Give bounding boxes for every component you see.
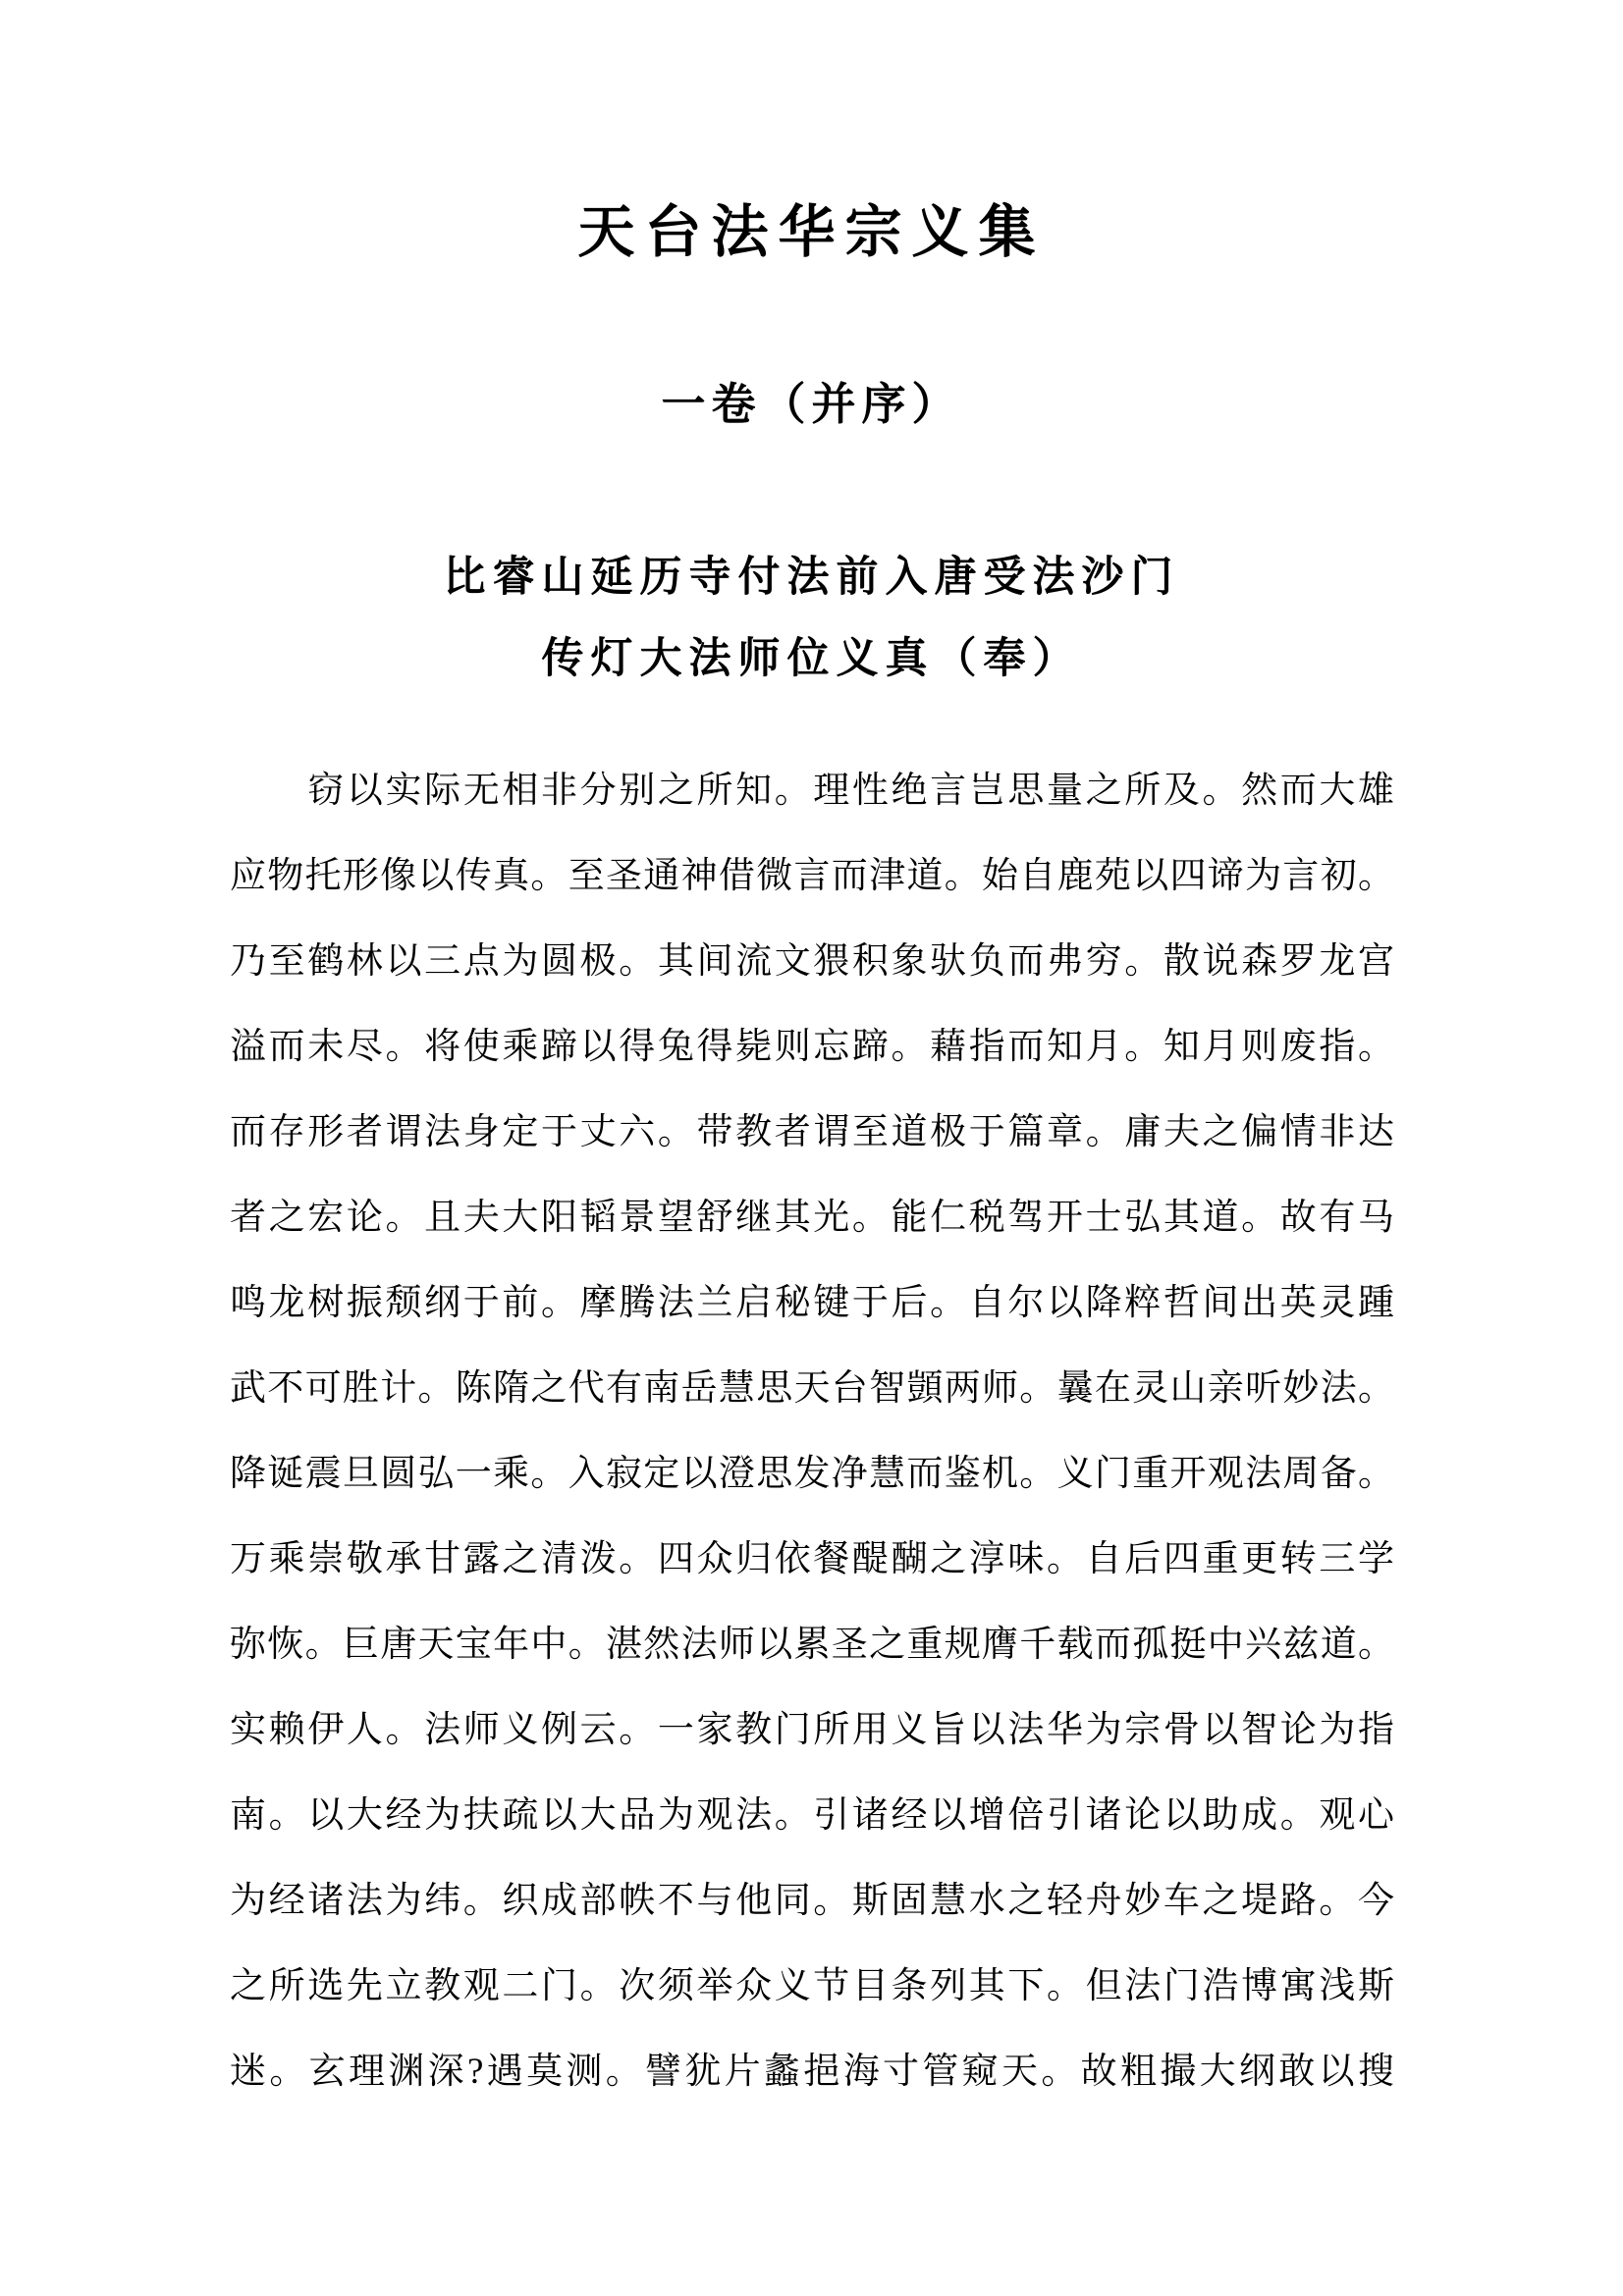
body-line: 降诞震旦圆弘一乘。入寂定以澄思发净慧而鉴机。义门重开观法周备。 xyxy=(230,1431,1394,1517)
attribution-line-2: 传灯大法师位义真（奉） xyxy=(0,638,1623,680)
body-line: 实赖伊人。法师义例云。一家教门所用义旨以法华为宗骨以智论为指 xyxy=(230,1687,1394,1773)
body-line: 而存形者谓法身定于丈六。带教者谓至道极于篇章。庸夫之偏情非达 xyxy=(230,1090,1394,1175)
body-line: 万乘崇敬承甘露之清泼。四众归依餐醍醐之淳味。自后四重更转三学 xyxy=(230,1517,1394,1602)
attribution-line-1: 比睿山延历寺付法前入唐受法沙门 xyxy=(0,557,1623,599)
body-line: 溢而未尽。将使乘蹄以得兔得毙则忘蹄。藉指而知月。知月则废指。 xyxy=(230,1004,1394,1090)
body-line: 应物托形像以传真。至圣通神借微言而津道。始自鹿苑以四谛为言初。 xyxy=(230,833,1394,919)
body-line: 者之宏论。且夫大阳韬景望舒继其光。能仁税驾开士弘其道。故有马 xyxy=(230,1175,1394,1260)
body-line: 武不可胜计。陈隋之代有南岳慧思天台智顗两师。曩在灵山亲听妙法。 xyxy=(230,1346,1394,1431)
body-line: 迷。玄理渊深?遇莫测。譬犹片蠡挹海寸管窥天。故粗撮大纲敢以搜 xyxy=(230,2029,1394,2114)
document-title: 天台法华宗义集 xyxy=(0,204,1623,261)
body-line: 为经诸法为纬。织成部帙不与他同。斯固慧水之轻舟妙车之堤路。今 xyxy=(230,1858,1394,1944)
volume-subtitle: 一卷（并序） xyxy=(0,383,1623,427)
body-line: 之所选先立教观二门。次须举众义节目条列其下。但法门浩博寓浅斯 xyxy=(230,1944,1394,2029)
body-line: 乃至鹤林以三点为圆极。其间流文猥积象驮负而弗穷。散说森罗龙宫 xyxy=(230,919,1394,1004)
body-line: 南。以大经为扶疏以大品为观法。引诸经以增倍引诸论以助成。观心 xyxy=(230,1773,1394,1858)
body-line: 弥恢。巨唐天宝年中。湛然法师以累圣之重规膺千载而孤挺中兴兹道。 xyxy=(230,1602,1394,1687)
body-line: 窃以实际无相非分别之所知。理性绝言岂思量之所及。然而大雄 xyxy=(230,748,1394,833)
document-page: 天台法华宗义集 一卷（并序） 比睿山延历寺付法前入唐受法沙门 传灯大法师位义真（… xyxy=(0,0,1623,2296)
body-line: 鸣龙树振颓纲于前。摩腾法兰启秘键于后。自尔以降粹哲间出英灵踵 xyxy=(230,1260,1394,1346)
body-text: 窃以实际无相非分别之所知。理性绝言岂思量之所及。然而大雄 应物托形像以传真。至圣… xyxy=(230,748,1394,2114)
